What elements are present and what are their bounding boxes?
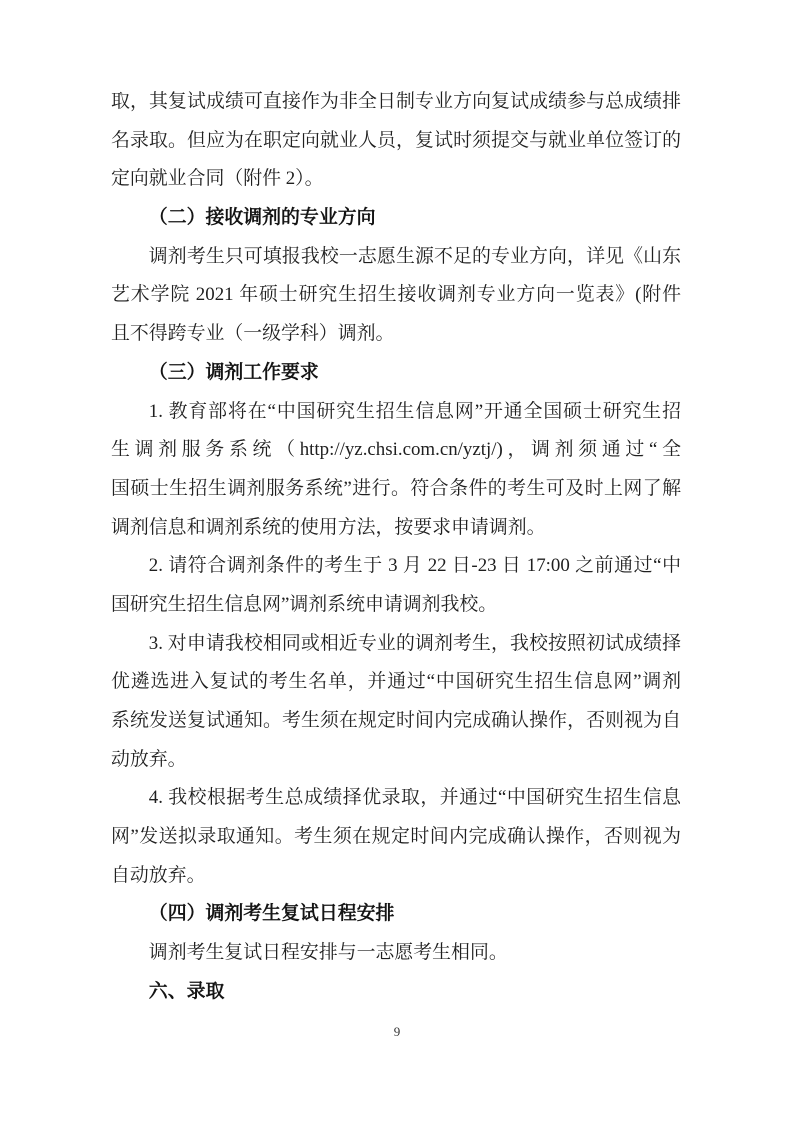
text-line: 国硕士生招生调剂服务系统”进行。符合条件的考生可及时上网了解 xyxy=(111,470,681,509)
text-line: 名录取。但应为在职定向就业人员，复试时须提交与就业单位签订的 xyxy=(111,122,681,161)
text-line: 艺术学院 2021 年硕士研究生招生接收调剂专业方向一览表》(附件 3)， xyxy=(111,276,681,315)
document-page: 取，其复试成绩可直接作为非全日制专业方向复试成绩参与总成绩排名录取。但应为在职定… xyxy=(0,0,794,1123)
text-line: 1. 教育部将在“中国研究生招生信息网”开通全国硕士研究生招 xyxy=(111,393,681,432)
text-line: 4. 我校根据考生总成绩择优录取，并通过“中国研究生招生信息 xyxy=(111,779,681,818)
page-number: 9 xyxy=(394,1024,401,1039)
section-heading: （四）调剂考生复试日程安排 xyxy=(111,895,681,934)
text-line: 且不得跨专业（一级学科）调剂。 xyxy=(111,315,681,354)
text-line: 定向就业合同（附件 2）。 xyxy=(111,160,681,199)
section-heading: （二）接收调剂的专业方向 xyxy=(111,199,681,238)
text-line: 3. 对申请我校相同或相近专业的调剂考生，我校按照初试成绩择 xyxy=(111,625,681,664)
text-line: 2. 请符合调剂条件的考生于 3 月 22 日-23 日 17:00 之前通过“… xyxy=(111,547,681,586)
text-line: 调剂信息和调剂系统的使用方法，按要求申请调剂。 xyxy=(111,509,681,548)
text-line: 国研究生招生信息网”调剂系统申请调剂我校。 xyxy=(111,586,681,625)
text-line: 调剂考生只可填报我校一志愿生源不足的专业方向，详见《山东 xyxy=(111,238,681,277)
text-line: 优遴选进入复试的考生名单，并通过“中国研究生招生信息网”调剂 xyxy=(111,663,681,702)
text-line: 系统发送复试通知。考生须在规定时间内完成确认操作，否则视为自 xyxy=(111,702,681,741)
text-line: 自动放弃。 xyxy=(111,857,681,896)
text-line: 动放弃。 xyxy=(111,741,681,780)
text-line: 生调剂服务系统（http://yz.chsi.com.cn/yztj/)，调剂须… xyxy=(111,431,681,470)
text-line: 调剂考生复试日程安排与一志愿考生相同。 xyxy=(111,934,681,973)
text-line: 取，其复试成绩可直接作为非全日制专业方向复试成绩参与总成绩排 xyxy=(111,83,681,122)
section-heading: 六、录取 xyxy=(111,973,681,1012)
section-heading: （三）调剂工作要求 xyxy=(111,354,681,393)
text-line: 网”发送拟录取通知。考生须在规定时间内完成确认操作，否则视为 xyxy=(111,818,681,857)
document-body: 取，其复试成绩可直接作为非全日制专业方向复试成绩参与总成绩排名录取。但应为在职定… xyxy=(111,83,681,1012)
page-footer: 9 xyxy=(0,1024,794,1040)
